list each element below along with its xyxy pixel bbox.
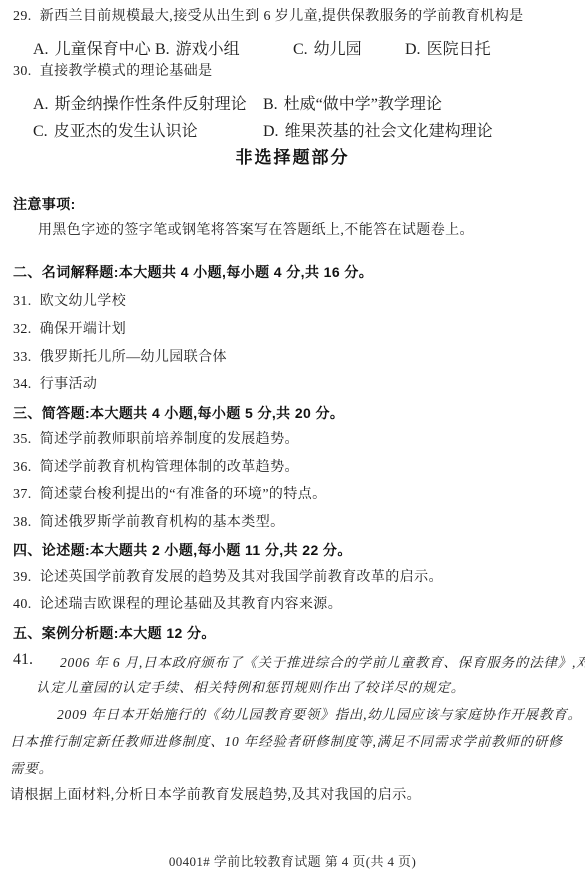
option-30-d-label: D.	[263, 123, 279, 140]
option-29-a-text: 儿童保育中心	[55, 41, 151, 58]
question-31-text: 欧文幼儿学校	[40, 294, 126, 309]
option-29-c-text: 幼儿园	[314, 41, 362, 58]
exam-page: 29.新西兰目前规模最大,接受从出生到 6 岁儿童,提供保教服务的学前教育机构是…	[0, 0, 585, 885]
question-39-number: 39.	[13, 570, 32, 585]
case-paragraph2-line2: 日本推行制定新任教师进修制度、10 年经验者研修制度等,满足不同需求学前教师的研…	[10, 733, 563, 751]
question-37: 37.简述蒙台梭利提出的“有准备的环境”的特点。	[13, 486, 327, 504]
question-33: 33.俄罗斯托儿所—幼儿园联合体	[13, 349, 227, 367]
option-30-d: D.维果茨基的社会文化建构理论	[263, 118, 493, 141]
case-paragraph2-line3: 需要。	[10, 760, 53, 778]
section-3-header: 三、简答题:本大题共 4 小题,每小题 5 分,共 20 分。	[13, 404, 344, 422]
question-35: 35.简述学前教师职前培养制度的发展趋势。	[13, 431, 299, 449]
question-36: 36.简述学前教育机构管理体制的改革趋势。	[13, 459, 299, 477]
case-paragraph1-line1: 2006 年 6 月,日本政府颁布了《关于推进综合的学前儿童教育、保育服务的法律…	[60, 651, 585, 671]
option-29-c-label: C.	[293, 41, 308, 58]
section-4-header: 四、论述题:本大题共 2 小题,每小题 11 分,共 22 分。	[13, 541, 352, 559]
option-29-a: A.儿童保育中心	[33, 36, 151, 59]
question-41-number: 41.	[13, 651, 33, 669]
question-29-number: 29.	[13, 9, 32, 24]
question-29-options: A.儿童保育中心 B.游戏小组 C.幼儿园 D.医院日托	[0, 36, 585, 56]
option-30-a: A.斯金纳操作性条件反射理论	[33, 91, 247, 114]
question-36-number: 36.	[13, 460, 32, 475]
question-38-number: 38.	[13, 515, 32, 530]
question-40: 40.论述瑞吉欧课程的理论基础及其教育内容来源。	[13, 596, 342, 614]
question-30-stem: 直接教学模式的理论基础是	[40, 64, 213, 79]
page-footer: 00401# 学前比较教育试题 第 4 页(共 4 页)	[0, 853, 585, 871]
option-30-a-label: A.	[33, 96, 49, 113]
section-2-header: 二、名词解释题:本大题共 4 小题,每小题 4 分,共 16 分。	[13, 263, 373, 281]
section-5-header: 五、案例分析题:本大题 12 分。	[13, 624, 216, 642]
question-41-line-1: 41. 2006 年 6 月,日本政府颁布了《关于推进综合的学前儿童教育、保育服…	[0, 651, 585, 671]
option-29-b: B.游戏小组	[155, 36, 240, 59]
option-29-d-label: D.	[405, 41, 421, 58]
question-30-number: 30.	[13, 64, 32, 79]
question-32: 32.确保开端计划	[13, 321, 126, 339]
question-30: 30.直接教学模式的理论基础是	[13, 63, 213, 81]
question-36-text: 简述学前教育机构管理体制的改革趋势。	[40, 460, 299, 475]
option-30-c-text: 皮亚杰的发生认识论	[54, 123, 198, 140]
option-29-d-text: 医院日托	[427, 41, 491, 58]
question-40-number: 40.	[13, 597, 32, 612]
question-38-text: 简述俄罗斯学前教育机构的基本类型。	[40, 515, 285, 530]
option-29-c: C.幼儿园	[293, 36, 362, 59]
option-29-b-label: B.	[155, 41, 170, 58]
question-29: 29.新西兰目前规模最大,接受从出生到 6 岁儿童,提供保教服务的学前教育机构是	[13, 8, 524, 26]
question-39: 39.论述英国学前教育发展的趋势及其对我国学前教育改革的启示。	[13, 569, 443, 587]
question-33-number: 33.	[13, 350, 32, 365]
question-33-text: 俄罗斯托儿所—幼儿园联合体	[40, 350, 227, 365]
case-question: 请根据上面材料,分析日本学前教育发展趋势,及其对我国的启示。	[10, 787, 421, 805]
question-39-text: 论述英国学前教育发展的趋势及其对我国学前教育改革的启示。	[40, 570, 443, 585]
option-29-d: D.医院日托	[405, 36, 491, 59]
part-heading: 非选择题部分	[0, 149, 585, 167]
option-30-a-text: 斯金纳操作性条件反射理论	[55, 96, 247, 113]
option-30-b-text: 杜威“做中学”教学理论	[284, 96, 442, 113]
option-29-a-label: A.	[33, 41, 49, 58]
option-30-d-text: 维果茨基的社会文化建构理论	[285, 123, 493, 140]
notice-body: 用黑色字迹的签字笔或钢笔将答案写在答题纸上,不能答在试题卷上。	[38, 222, 474, 240]
option-30-b: B.杜威“做中学”教学理论	[263, 91, 442, 114]
option-30-b-label: B.	[263, 96, 278, 113]
question-32-number: 32.	[13, 322, 32, 337]
question-34-text: 行事活动	[40, 377, 98, 392]
case-paragraph1-line2: 认定儿童园的认定手续、相关特例和惩罚规则作出了较详尽的规定。	[36, 679, 465, 697]
question-37-number: 37.	[13, 487, 32, 502]
question-35-text: 简述学前教师职前培养制度的发展趋势。	[40, 432, 299, 447]
notice-title: 注意事项:	[13, 195, 76, 213]
option-30-c: C.皮亚杰的发生认识论	[33, 118, 198, 141]
question-31: 31.欧文幼儿学校	[13, 293, 126, 311]
question-38: 38.简述俄罗斯学前教育机构的基本类型。	[13, 514, 285, 532]
question-34: 34.行事活动	[13, 376, 97, 394]
question-34-number: 34.	[13, 377, 32, 392]
question-35-number: 35.	[13, 432, 32, 447]
question-30-options-row2: C.皮亚杰的发生认识论 D.维果茨基的社会文化建构理论	[0, 118, 585, 138]
question-37-text: 简述蒙台梭利提出的“有准备的环境”的特点。	[40, 487, 327, 502]
case-paragraph2-line1: 2009 年日本开始施行的《幼儿园教育要领》指出,幼儿园应该与家庭协作开展教育。	[57, 706, 582, 724]
option-29-b-text: 游戏小组	[176, 41, 240, 58]
question-31-number: 31.	[13, 294, 32, 309]
option-30-c-label: C.	[33, 123, 48, 140]
question-29-stem: 新西兰目前规模最大,接受从出生到 6 岁儿童,提供保教服务的学前教育机构是	[40, 9, 524, 24]
question-32-text: 确保开端计划	[40, 322, 126, 337]
question-40-text: 论述瑞吉欧课程的理论基础及其教育内容来源。	[40, 597, 342, 612]
question-30-options-row1: A.斯金纳操作性条件反射理论 B.杜威“做中学”教学理论	[0, 91, 585, 111]
